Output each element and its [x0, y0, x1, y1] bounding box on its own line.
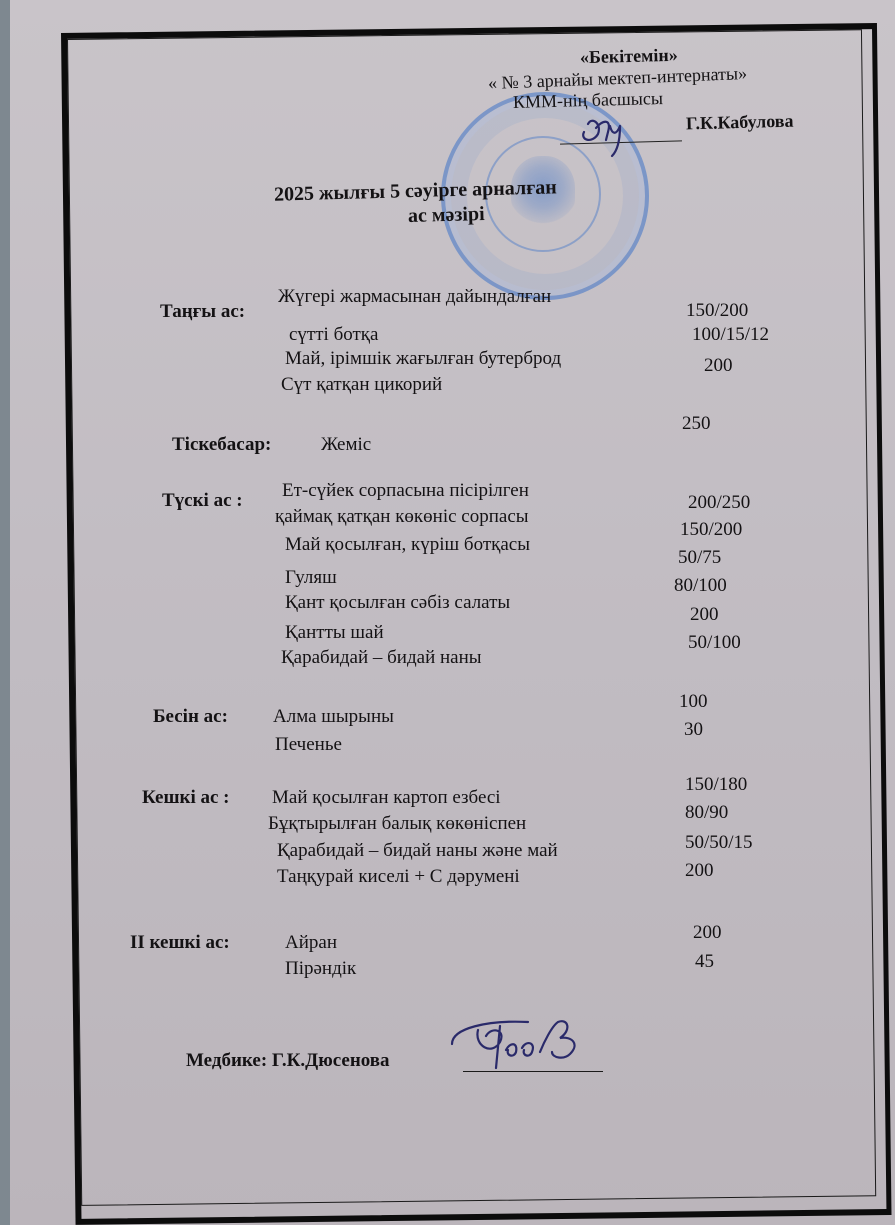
menu-item: Гуляш	[285, 567, 337, 589]
menu-item: Қарабидай – бидай наны	[281, 647, 482, 669]
menu-item-qty: 50/100	[688, 632, 741, 654]
page-subtitle: ас мәзірі	[408, 203, 485, 228]
menu-item: Ет-сүйек сорпасына пісірілген	[282, 480, 529, 502]
menu-item-qty: 50/50/15	[685, 832, 753, 854]
menu-item-qty: 30	[684, 719, 703, 741]
menu-item-qty: 50/75	[678, 547, 721, 569]
meal-label-dinner: Кешкі ас :	[142, 787, 230, 809]
menu-item: Сүт қатқан цикорий	[281, 374, 442, 396]
approval-signer-name: Г.К.Кабулова	[686, 111, 794, 135]
meal-label-lunch: Түскі ас :	[162, 490, 243, 512]
menu-item: Май қосылған, күріш ботқасы	[285, 534, 530, 556]
menu-item-qty: 150/180	[685, 774, 747, 796]
menu-item: Жеміс	[321, 434, 371, 456]
menu-item-qty: 100	[679, 691, 708, 713]
menu-item: Таңқурай киселі + С дәрумені	[277, 866, 520, 888]
menu-item: Қант қосылған сәбіз салаты	[285, 592, 510, 614]
nurse-signature-icon	[448, 1012, 608, 1074]
menu-item-qty: 200/250	[688, 492, 750, 514]
menu-item: Печенье	[275, 734, 342, 756]
menu-item: Пірәндік	[285, 958, 356, 980]
meal-label-breakfast: Таңғы ас:	[160, 301, 245, 323]
nurse-signature-label: Медбике: Г.К.Дюсенова	[186, 1050, 390, 1072]
meal-label-afternoon: Бесін ас:	[153, 706, 228, 728]
menu-item: Бұқтырылған балық көкөніспен	[268, 813, 526, 835]
director-signature-icon	[578, 110, 638, 158]
menu-item: Қантты шай	[285, 622, 384, 644]
approval-heading: «Бекітемін»	[580, 45, 678, 69]
meal-label-snack: Тіскебасар:	[172, 434, 271, 456]
menu-item-qty: 150/200	[680, 519, 742, 541]
background-edge	[0, 0, 10, 1225]
menu-item-qty: 200	[685, 860, 714, 882]
menu-item: Жүгері жармасынан дайындалған	[278, 286, 551, 308]
menu-item: Май, ірімшік жағылған бутерброд	[285, 348, 561, 370]
menu-item: қаймақ қатқан көкөніс сорпасы	[275, 506, 529, 528]
menu-item: Айран	[285, 932, 337, 954]
menu-item-qty: 250	[682, 413, 711, 435]
menu-item-qty: 100/15/12	[692, 324, 769, 346]
menu-item: Қарабидай – бидай наны және май	[277, 840, 558, 862]
menu-item-qty: 80/100	[674, 575, 727, 597]
menu-item-qty: 200	[690, 604, 719, 626]
menu-item: Май қосылған картоп езбесі	[272, 787, 501, 809]
menu-item-qty: 200	[693, 922, 722, 944]
menu-item-qty: 45	[695, 951, 714, 973]
menu-item-qty: 200	[704, 355, 733, 377]
menu-item: Алма шырыны	[273, 706, 394, 728]
menu-item-qty: 150/200	[686, 300, 748, 322]
meal-label-late-dinner: II кешкі ас:	[130, 932, 230, 954]
menu-item-qty: 80/90	[685, 802, 728, 824]
menu-item: сүтті ботқа	[289, 324, 378, 346]
